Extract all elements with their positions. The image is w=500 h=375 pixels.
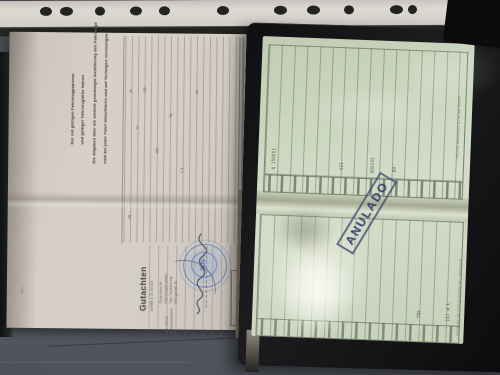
page-shading [6, 32, 39, 328]
punch-hole [274, 6, 287, 15]
table-entry: 7,5 [180, 168, 184, 174]
photo-of-documents: Blatt 1 Nur mit gültigen Fahrzeugpapiere… [0, 0, 500, 375]
report-paragraph-line: Die Angaben über die amtlich genehmigte … [92, 22, 97, 164]
punch-hole [40, 7, 52, 16]
punch-hole [95, 7, 105, 16]
report-table-ruling [123, 36, 243, 243]
table-entry: kg [169, 114, 173, 118]
report-subheading: gemäß § 21 StVZO [150, 281, 154, 312]
table-entry: 11 [129, 89, 133, 93]
punch-hole [390, 5, 403, 14]
punch-hole [217, 6, 229, 15]
table-entry: mm [195, 90, 199, 94]
report-paragraph-line: sind bei jeder Fahrt mitzuführen und auf… [103, 33, 108, 163]
card-entry: 111 [339, 162, 344, 170]
punch-hole [130, 6, 142, 15]
page-fold-crease [8, 192, 256, 211]
table-entry: 128 [143, 87, 147, 93]
registration-card: 4 150551 111 900155 BU VALIDO MIENTRAS E… [251, 36, 474, 344]
table-entry: kW [128, 215, 132, 219]
tuv-report-document: Blatt 1 Nur mit gültigen Fahrzeugpapiere… [6, 32, 257, 331]
card-entry: BU [392, 167, 397, 173]
wallet-edge-highlight [245, 330, 259, 372]
punch-hole [159, 6, 170, 15]
card-entry: TDS [416, 310, 421, 318]
sheet-protector-strip [0, 0, 448, 27]
card-entry: 4 150551 [271, 148, 277, 170]
card-entry: 900155 [370, 157, 376, 173]
report-paragraph-line: Nur mit gültigen Fahrzeugpapieren [70, 73, 75, 144]
card-table-upper [263, 44, 469, 200]
card-entry: 111 4 L [445, 302, 451, 321]
report-info-line: Ort, Datum [164, 316, 168, 334]
table-entry: 955 [155, 147, 159, 153]
report-heading: Gutachten [138, 266, 148, 311]
punch-hole [307, 5, 320, 14]
desk-scratch [0, 362, 190, 363]
report-paragraph-line: und gültiger Fahrzeughöhe fahren [80, 75, 85, 145]
punch-hole [60, 7, 73, 16]
table-entry: 53 [136, 125, 140, 129]
handwritten-signature [157, 231, 228, 316]
punch-hole [344, 5, 354, 14]
page-edge-note: Blatt 1 [20, 285, 24, 294]
punch-hole [408, 5, 417, 14]
